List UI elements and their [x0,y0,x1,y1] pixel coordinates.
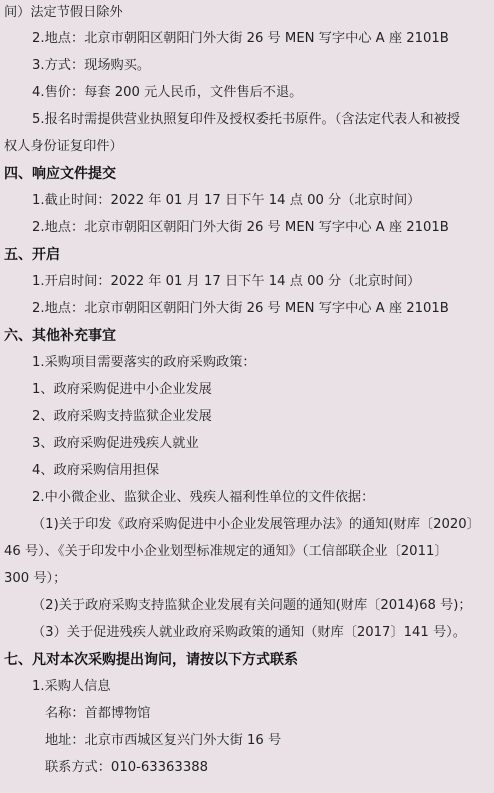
section-heading-7: 七、凡对本次采购提出询问，请按以下方式联系 [4,647,298,673]
doc-line: 权人身份证复印件） [4,134,123,160]
document-page: 间）法定节假日除外 2.地点：北京市朝阳区朝阳门外大街 26 号 MEN 写字中… [0,0,494,793]
doc-line: 4、政府采购信用担保 [32,458,159,484]
doc-line: （3）关于促进残疾人就业政府采购政策的通知（财库〔2017〕141 号）。 [32,620,466,646]
doc-line: 1.截止时间：2022 年 01 月 17 日下午 14 点 00 分（北京时间… [32,188,420,214]
doc-line: 1.开启时间：2022 年 01 月 17 日下午 14 点 00 分（北京时间… [32,269,420,295]
doc-line: 2.地点：北京市朝阳区朝阳门外大街 26 号 MEN 写字中心 A 座 2101… [32,26,449,52]
doc-line: 4.售价：每套 200 元人民币，文件售后不退。 [32,80,302,106]
doc-line: 2.中小微企业、监狱企业、残疾人福利性单位的文件依据： [32,485,374,511]
purchaser-contact: 联系方式：010-63363388 [45,755,208,781]
doc-line: 3.方式：现场购买。 [32,53,150,79]
section-heading-5: 五、开启 [4,242,60,268]
doc-line: 300 号）； [4,566,66,592]
section-heading-4: 四、响应文件提交 [4,161,116,187]
doc-line: 1.采购项目需要落实的政府采购政策： [32,350,256,376]
doc-line: 46 号）、《关于印发中小企业划型标准规定的通知》（工信部联企业〔2011〕 [4,539,448,565]
doc-line: （1)关于印发《政府采购促进中小企业发展管理办法》的通知(财库〔2020〕 [32,512,480,538]
doc-line: 2、政府采购支持监狱企业发展 [32,404,212,430]
doc-line: 1、政府采购促进中小企业发展 [32,377,212,403]
doc-line: 5.报名时需提供营业执照复印件及授权委托书原件。（含法定代表人和被授 [32,107,460,133]
purchaser-name: 名称：首都博物馆 [45,701,151,727]
doc-line: 2.地点：北京市朝阳区朝阳门外大街 26 号 MEN 写字中心 A 座 2101… [32,296,449,322]
doc-line: （2)关于政府采购支持监狱企业发展有关问题的通知(财库〔2014)68 号)； [32,593,472,619]
section-heading-6: 六、其他补充事宜 [4,323,116,349]
purchaser-address: 地址：北京市西城区复兴门外大街 16 号 [45,728,281,754]
doc-line: 1.采购人信息 [32,674,111,700]
doc-line: 2.地点：北京市朝阳区朝阳门外大街 26 号 MEN 写字中心 A 座 2101… [32,215,449,241]
doc-line: 3、政府采购促进残疾人就业 [32,431,199,457]
doc-line: 间）法定节假日除外 [4,0,123,26]
